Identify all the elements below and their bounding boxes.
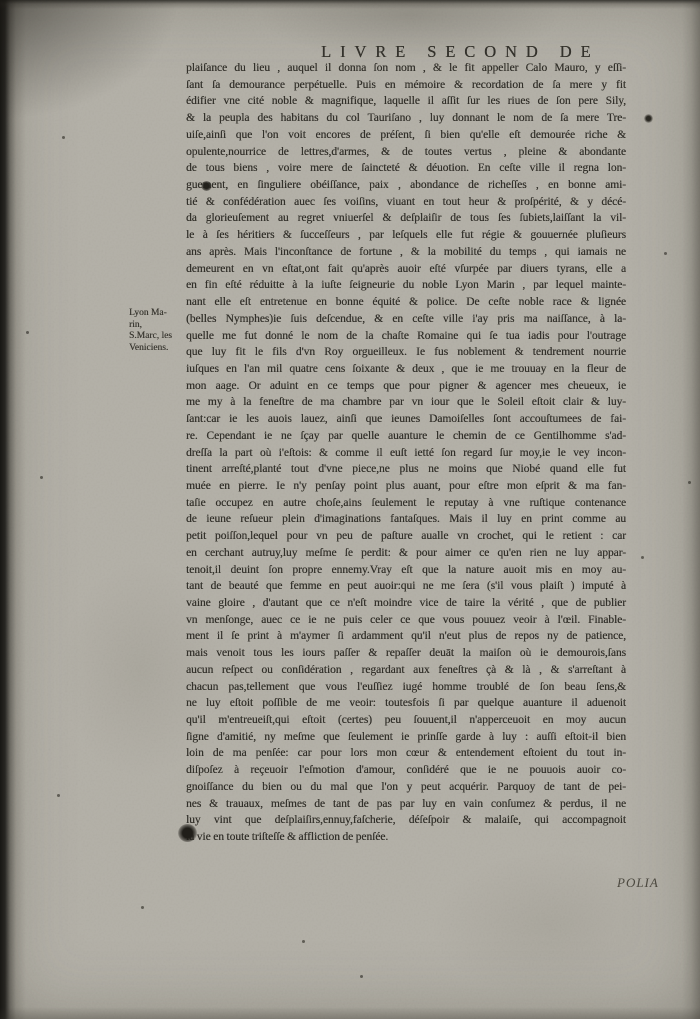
body-text-line: ſa vie en toute triſteſſe & affliction d… — [186, 829, 626, 846]
body-text-line: tinent arreſté,planté tout d'vne piece,n… — [186, 461, 626, 478]
body-text-line: petit poiſſon,lequel pour vn peu de paſt… — [186, 528, 626, 545]
body-text-line: guement, en ſinguliere obéiſſance, paix … — [186, 177, 626, 194]
body-text-line: ment il ſe print à m'aymer ſi ardamment … — [186, 628, 626, 645]
paper-speck — [302, 940, 305, 943]
right-edge-shadow — [682, 0, 700, 1019]
body-text-line: vn menſonge, auec ce ie ne puis celer ce… — [186, 612, 626, 629]
body-text-line: le à ſes héritiers & ſucceſſeurs , par l… — [186, 227, 626, 244]
body-text-line: gnoiſſance du bien ou du mal que l'on y … — [186, 779, 626, 796]
body-text-line: quelle me fut donné le nom de la chaſte … — [186, 328, 626, 345]
body-text-line: (belles Nymphes)ie ſuis deſcendue, & en … — [186, 311, 626, 328]
body-text-line: da glorieuſement au regret vniuerſel & d… — [186, 210, 626, 227]
body-text-line: & la peupla des habitans du col Tauriſan… — [186, 110, 626, 127]
body-text-line: ſant ſa demourance perpétuelle. Puis en … — [186, 77, 626, 94]
paper-stain — [430, 850, 670, 1000]
body-text-line: de tous biens , voire mere de ſaincteté … — [186, 160, 626, 177]
body-text-line: de ieune reſueur plein d'imaginations fa… — [186, 511, 626, 528]
margin-note: Lyon Ma-rin,S.Marc, lesVeniciens. — [129, 308, 185, 354]
book-page-scan: LIVRE SECOND DE Lyon Ma-rin,S.Marc, lesV… — [0, 0, 700, 1019]
body-text-line: ſigne d'amitié, ny meſme que ſeulement i… — [186, 729, 626, 746]
body-text-line: re. Cependant ie ne ſçay par quelle auan… — [186, 428, 626, 445]
body-text-line: aucun reſpect ou conſidération , regarda… — [186, 662, 626, 679]
corner-shadow — [0, 0, 180, 120]
body-text-line: nes & trauaux, meſmes de tant de pas par… — [186, 796, 626, 813]
body-text-line: luy vint que deſplaiſirs,ennuy,faſcherie… — [186, 812, 626, 829]
body-text-line: loin de ma penſée: car pour lors mon cœu… — [186, 745, 626, 762]
body-text-line: opulente,nourrice de lettres,d'armes, & … — [186, 144, 626, 161]
body-text-line: iuſques en l'an mil quatre cens ſoixante… — [186, 361, 626, 378]
body-text-line: que luy fit le fils d'vn Roy orgueilleux… — [186, 344, 626, 361]
body-text-line: uiſe,ainſi que l'on voit encores de préſ… — [186, 127, 626, 144]
body-text-line: plaiſance du lieu , auquel il donna ſon … — [186, 60, 626, 77]
body-text-line: muée en pierre. Ie n'y penſay point plus… — [186, 478, 626, 495]
paper-speck — [26, 331, 29, 334]
ink-blot — [644, 114, 653, 123]
body-text-line: ſant:car ie les auois lauez, ainſi que i… — [186, 411, 626, 428]
gutter-shadow — [0, 0, 26, 1019]
body-text-line: en fin eſté réduitte à la iuſte ſeigneur… — [186, 277, 626, 294]
body-text-line: tant de beauté que femme en peut auoir:q… — [186, 578, 626, 595]
body-text-line: mais venoit tous les iours paſſer & repa… — [186, 645, 626, 662]
body-text-line: dreſſa la part où i'eſtois: & comme il e… — [186, 445, 626, 462]
paper-speck — [141, 906, 144, 909]
body-text-line: taſie occupez en autre choſe,ains ſeulem… — [186, 495, 626, 512]
paper-speck — [688, 481, 691, 484]
body-text-line: diſpoſez à reçeuoir l'eſmotion d'amour, … — [186, 762, 626, 779]
body-text-line: tié & confédération auec ſes voiſins, vi… — [186, 194, 626, 211]
body-text-line: demeurent en vn eſtat,ont fait qu'après … — [186, 261, 626, 278]
paper-speck — [62, 136, 65, 139]
top-edge-shadow — [0, 0, 700, 9]
paper-speck — [57, 794, 60, 797]
margin-note-line: Lyon Ma- — [129, 308, 185, 320]
body-text-line: tenoit,il deuint ſon propre ennemy.Vray … — [186, 562, 626, 579]
paper-speck — [360, 975, 363, 978]
margin-note-line: S.Marc, les — [129, 331, 185, 343]
bottom-edge-shadow — [0, 1007, 700, 1019]
body-text-line: ans après. Mais l'inconſtance de fortune… — [186, 244, 626, 261]
margin-note-line: Veniciens. — [129, 343, 185, 355]
body-text-line: ne luy eſtoit poſſible de me veoir: tout… — [186, 695, 626, 712]
body-text-line: chacun pas,tellement que vous l'euſſiez … — [186, 679, 626, 696]
paper-speck — [641, 556, 644, 559]
body-text-line: qu'il m'entreueiſt,qui eſtoit (certes) p… — [186, 712, 626, 729]
body-text-line: me my à la feneſtre de ma chambre par vn… — [186, 394, 626, 411]
catchword: POLIA — [617, 875, 659, 891]
body-text-line: en cerchant autruy,luy meſme ſe perdit: … — [186, 545, 626, 562]
paper-speck — [664, 252, 667, 255]
body-text-line: édifier vne cité noble & magnifique, laq… — [186, 93, 626, 110]
body-text: plaiſance du lieu , auquel il donna ſon … — [186, 60, 626, 846]
running-title: LIVRE SECOND DE — [321, 42, 599, 62]
body-text-line: vaine gloire , d'autant que ce n'eſt moi… — [186, 595, 626, 612]
body-text-line: mon aage. Or aduint en ce temps que pour… — [186, 378, 626, 395]
body-text-line: nant elle eſt entretenue en bonne équité… — [186, 294, 626, 311]
margin-note-line: rin, — [129, 320, 185, 332]
paper-speck — [40, 476, 43, 479]
